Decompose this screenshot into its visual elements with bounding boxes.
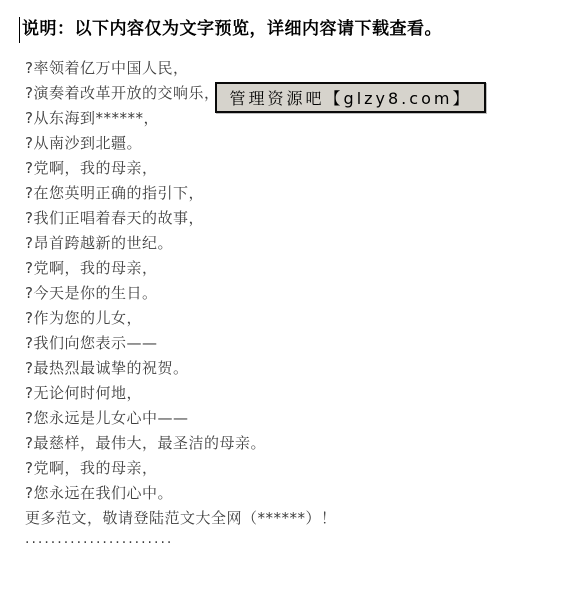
preview-line: ?您永远是儿女心中—— (25, 406, 555, 431)
preview-line: 更多范文，敬请登陆范文大全网（******）！ (25, 506, 555, 531)
preview-line: ?我们正唱着春天的故事， (25, 206, 555, 231)
preview-line: ?最热烈最诚挚的祝贺。 (25, 356, 555, 381)
preview-line: ?今天是你的生日。 (25, 281, 555, 306)
preview-line: ······················· (25, 531, 555, 556)
preview-line: ?最慈样，最伟大，最圣洁的母亲。 (25, 431, 555, 456)
preview-line: ?我们向您表示—— (25, 331, 555, 356)
preview-line: ?作为您的儿女， (25, 306, 555, 331)
preview-line: ?昂首跨越新的世纪。 (25, 231, 555, 256)
preview-notice: 说明：以下内容仅为文字预览，详细内容请下载查看。 (22, 16, 442, 42)
preview-line: ?您永远在我们心中。 (25, 481, 555, 506)
document-preview-page: 说明：以下内容仅为文字预览，详细内容请下载查看。 ?率领着亿万中国人民，?演奏着… (0, 0, 578, 600)
text-cursor (19, 17, 20, 43)
preview-line: ?无论何时何地， (25, 381, 555, 406)
preview-line: ?在您英明正确的指引下， (25, 181, 555, 206)
preview-line: ?从南沙到北疆。 (25, 131, 555, 156)
preview-text-body: ?率领着亿万中国人民，?演奏着改革开放的交响乐，?从东海到******，?从南沙… (25, 56, 555, 556)
watermark-banner: 管理资源吧【glzy8.com】 (215, 82, 486, 113)
preview-line: ?党啊，我的母亲， (25, 256, 555, 281)
preview-line: ?党啊，我的母亲， (25, 456, 555, 481)
watermark-text: 管理资源吧【glzy8.com】 (230, 86, 472, 109)
preview-line: ?党啊，我的母亲， (25, 156, 555, 181)
preview-line: ?率领着亿万中国人民， (25, 56, 555, 81)
